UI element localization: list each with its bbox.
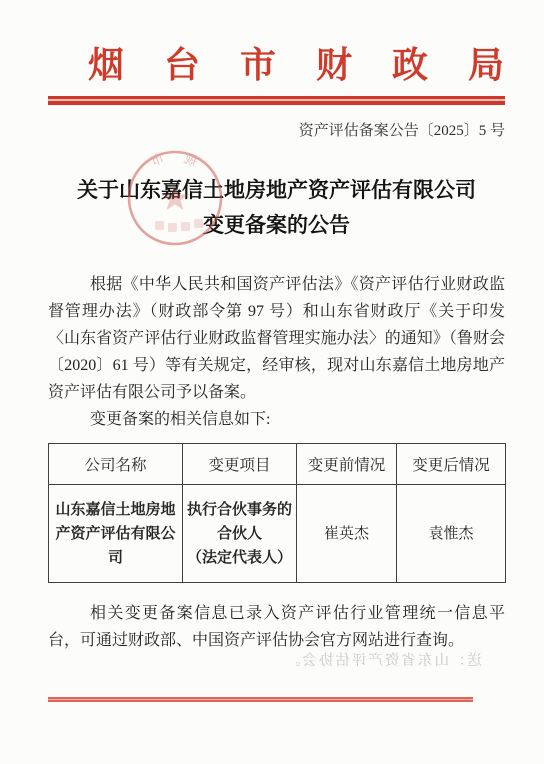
seal-arc-char-1: 规 (182, 151, 200, 170)
notice-title-line-2: 变更备案的公告 (48, 208, 505, 243)
after-cell: 袁惟杰 (397, 485, 506, 583)
document-page: 规 市 烟台市财政局 资产评估备案公告〔2025〕5 号 关于山东嘉信土地房地产… (0, 0, 544, 764)
paragraph-intro: 变更备案的相关信息如下: (48, 406, 505, 433)
seal-arc-char-2: 市 (149, 151, 166, 169)
company-cell: 山东嘉信土地房地产资产评估有限公司 (49, 485, 183, 583)
change-record-table: 公司名称 变更项目 变更前情况 变更后情况 山东嘉信土地房地产资产评估有限公司 … (48, 443, 506, 583)
before-cell: 崔英杰 (297, 485, 397, 583)
column-header-before: 变更前情况 (297, 444, 397, 485)
header-rule (48, 96, 505, 105)
column-header-company: 公司名称 (49, 444, 183, 485)
table-header-row: 公司名称 变更项目 变更前情况 变更后情况 (49, 444, 506, 485)
doc-number: 资产评估备案公告〔2025〕5 号 (48, 121, 505, 141)
column-header-after: 变更后情况 (397, 444, 506, 485)
column-header-item: 变更项目 (183, 444, 297, 485)
bleedthrough-rule (48, 697, 473, 702)
paragraph-basis: 根据《中华人民共和国资产评估法》《资产评估行业财政监督管理办法》（财政部令第 9… (48, 271, 505, 406)
change-item-cell: 执行合伙事务的 合伙人 （法定代表人） (183, 485, 297, 583)
notice-title-line-1: 关于山东嘉信土地房地产资产评估有限公司 (48, 173, 505, 208)
table-row: 山东嘉信土地房地产资产评估有限公司 执行合伙事务的 合伙人 （法定代表人） 崔英… (49, 485, 506, 583)
notice-title: 关于山东嘉信土地房地产资产评估有限公司 变更备案的公告 (48, 173, 505, 243)
paragraph-closing: 相关变更备案信息已录入资产评估行业管理统一信息平台，可通过财政部、中国资产评估协… (48, 600, 505, 654)
agency-title: 烟台市财政局 (48, 44, 505, 86)
